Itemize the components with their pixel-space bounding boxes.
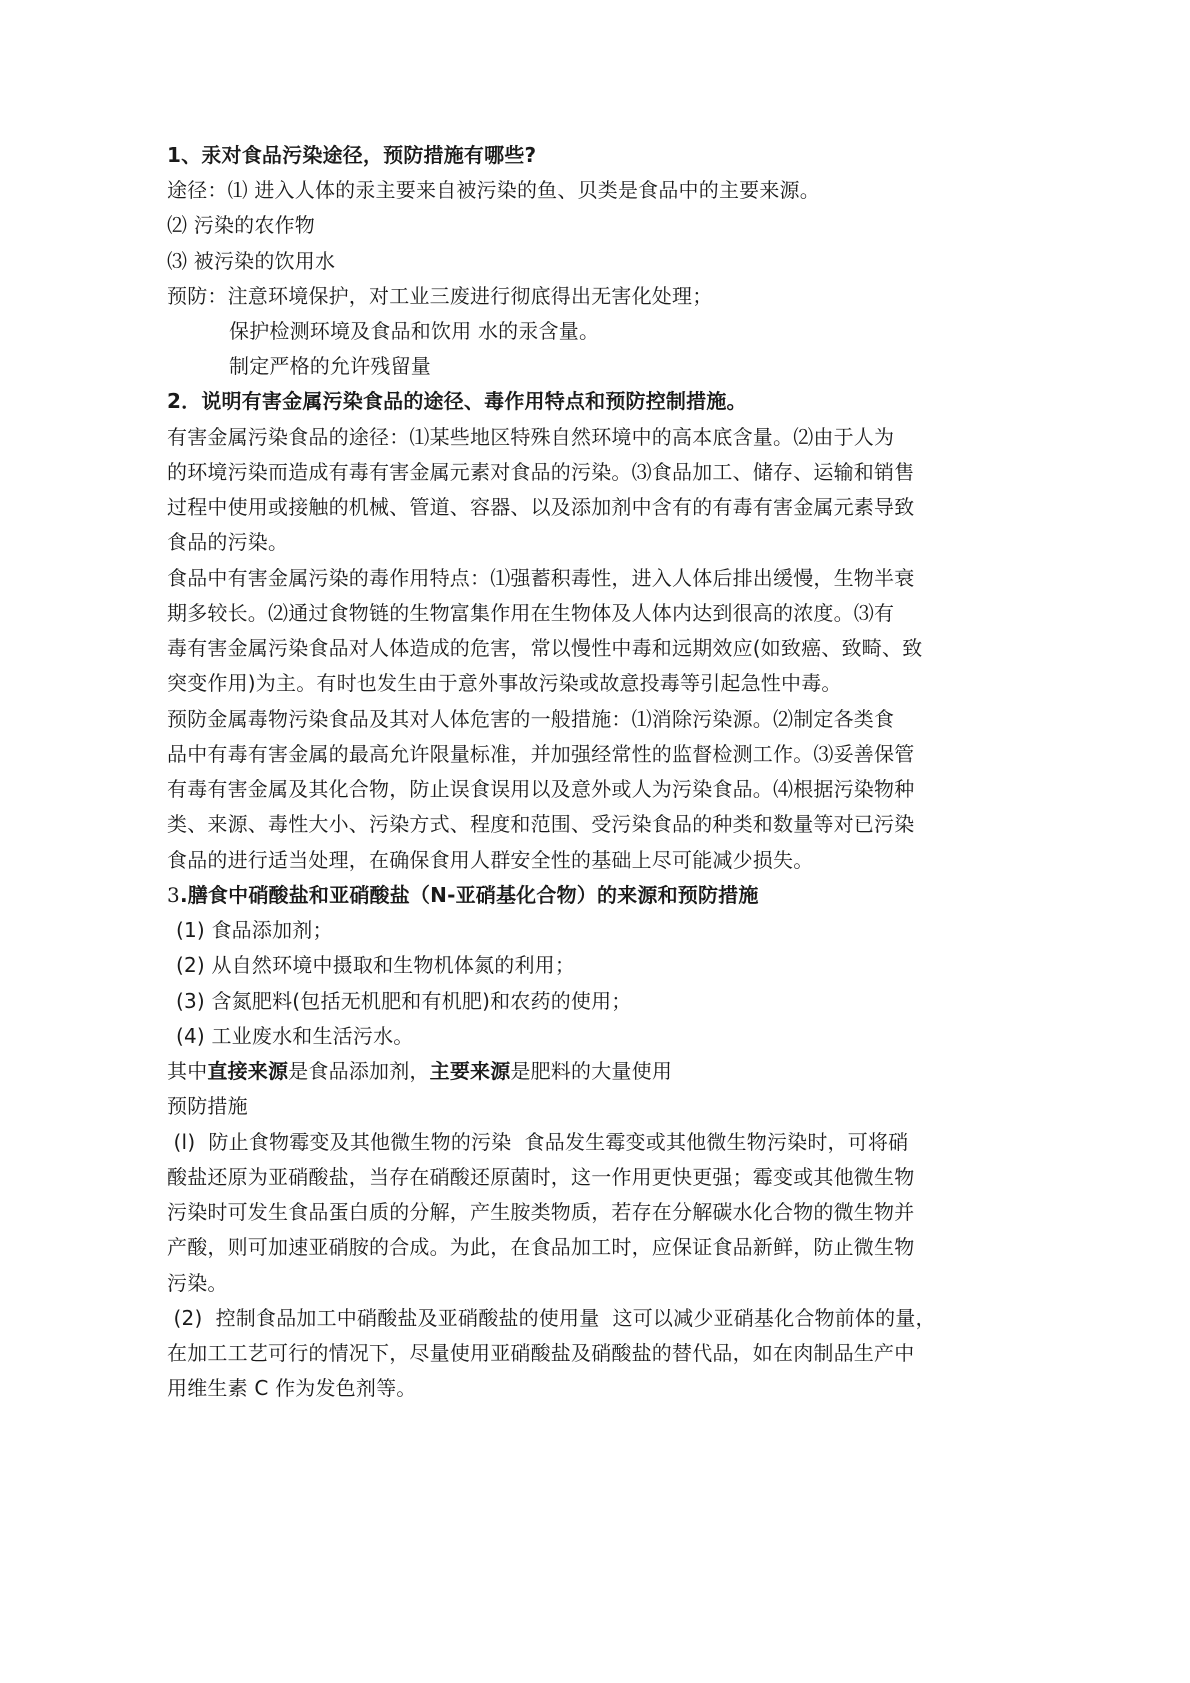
source-item: (3) 含氮肥料(包括无机肥和有机肥)和农药的使用； — [176, 988, 632, 1014]
section-2-line: 有毒有害金属及其化合物，防止误食误用以及意外或人为污染食品。⑷根据污染物种 — [167, 776, 914, 802]
prevention-line: 产酸，则可加速亚硝胺的合成。为此，在食品加工时，应保证食品新鲜，防止微生物 — [167, 1234, 914, 1260]
section-2-line: 的环境污染而造成有毒有害金属元素对食品的污染。⑶食品加工、储存、运输和销售 — [167, 459, 914, 485]
section-1-prevention-1: 预防：注意环境保护，对工业三废进行彻底得出无害化处理； — [167, 283, 712, 309]
section-1-route-2: ⑵ 污染的农作物 — [167, 212, 315, 238]
section-2-line: 预防金属毒物污染食品及其对人体危害的一般措施：⑴消除污染源。⑵制定各类食 — [167, 706, 894, 732]
summary-direct-text: 是食品添加剂， — [288, 1059, 429, 1083]
source-summary: 其中直接来源是食品添加剂，主要来源是肥料的大量使用 — [167, 1058, 672, 1084]
summary-main-text: 是肥料的大量使用 — [510, 1059, 672, 1083]
document-page: 1、汞对食品污染途径，预防措施有哪些? 途径：⑴ 进入人体的汞主要来自被污染的鱼… — [0, 0, 1190, 1683]
section-1-heading: 1、汞对食品污染途径，预防措施有哪些? — [167, 142, 536, 168]
source-item: (1) 食品添加剂； — [176, 917, 333, 943]
section-2-line: 类、来源、毒性大小、污染方式、程度和范围、受污染食品的种类和数量等对已污染 — [167, 811, 914, 837]
summary-direct-label: 直接来源 — [207, 1059, 288, 1083]
section-1-prevention-3: 制定严格的允许残留量 — [229, 353, 431, 379]
prevention-line: (2) 控制食品加工中硝酸盐及亚硝酸盐的使用量 这可以减少亚硝基化合物前体的量， — [167, 1305, 936, 1331]
section-2-line: 食品的污染。 — [167, 529, 288, 555]
prevention-line: 污染。 — [167, 1270, 228, 1296]
summary-prefix: 其中 — [167, 1059, 207, 1083]
section-2-line: 期多较长。⑵通过食物链的生物富集作用在生物体及人体内达到很高的浓度。⑶有 — [167, 600, 894, 626]
source-item: (4) 工业废水和生活污水。 — [176, 1023, 414, 1049]
prevention-line: 污染时可发生食品蛋白质的分解，产生胺类物质，若存在分解碳水化合物的微生物并 — [167, 1199, 914, 1225]
section-1-prevention-2: 保护检测环境及食品和饮用 水的汞含量。 — [229, 318, 599, 344]
summary-main-label: 主要来源 — [430, 1059, 511, 1083]
source-item: (2) 从自然环境中摄取和生物机体氮的利用； — [176, 952, 575, 978]
section-2-line: 过程中使用或接触的机械、管道、容器、以及添加剂中含有的有毒有害金属元素导致 — [167, 494, 914, 520]
prevention-line: 在加工工艺可行的情况下，尽量使用亚硝酸盐及硝酸盐的替代品，如在肉制品生产中 — [167, 1340, 914, 1366]
section-2-line: 食品中有害金属污染的毒作用特点：⑴强蓄积毒性，进入人体后排出缓慢，生物半衰 — [167, 565, 914, 591]
prevention-line: 用维生素 C 作为发色剂等。 — [167, 1375, 416, 1401]
prevention-title: 预防措施 — [167, 1093, 248, 1119]
section-1-route-3: ⑶ 被污染的饮用水 — [167, 248, 335, 274]
section-3-heading-text: .膳食中硝酸盐和亚硝酸盐（N-亚硝基化合物）的来源和预防措施 — [180, 883, 759, 907]
section-2-line: 突变作用)为主。有时也发生由于意外事故污染或故意投毒等引起急性中毒。 — [167, 670, 842, 696]
section-2-heading: 2．说明有害金属污染食品的途径、毒作用特点和预防控制措施。 — [167, 388, 747, 414]
prevention-line: (l) 防止食物霉变及其他微生物的污染 食品发生霉变或其他微生物污染时，可将硝 — [167, 1129, 908, 1155]
section-3-heading: 3.膳食中硝酸盐和亚硝酸盐（N-亚硝基化合物）的来源和预防措施 — [167, 882, 759, 908]
section-1-route-1: 途径：⑴ 进入人体的汞主要来自被污染的鱼、贝类是食品中的主要来源。 — [167, 177, 820, 203]
prevention-line: 酸盐还原为亚硝酸盐，当存在硝酸还原菌时，这一作用更快更强；霉变或其他微生物 — [167, 1164, 914, 1190]
section-2-line: 毒有害金属污染食品对人体造成的危害，常以慢性中毒和远期效应(如致癌、致畸、致 — [167, 635, 922, 661]
section-3-number: 3 — [167, 883, 180, 907]
section-2-line: 有害金属污染食品的途径：⑴某些地区特殊自然环境中的高本底含量。⑵由于人为 — [167, 424, 894, 450]
section-2-line: 食品的进行适当处理，在确保食用人群安全性的基础上尽可能减少损失。 — [167, 847, 813, 873]
section-2-line: 品中有毒有害金属的最高允许限量标准，并加强经常性的监督检测工作。⑶妥善保管 — [167, 741, 914, 767]
